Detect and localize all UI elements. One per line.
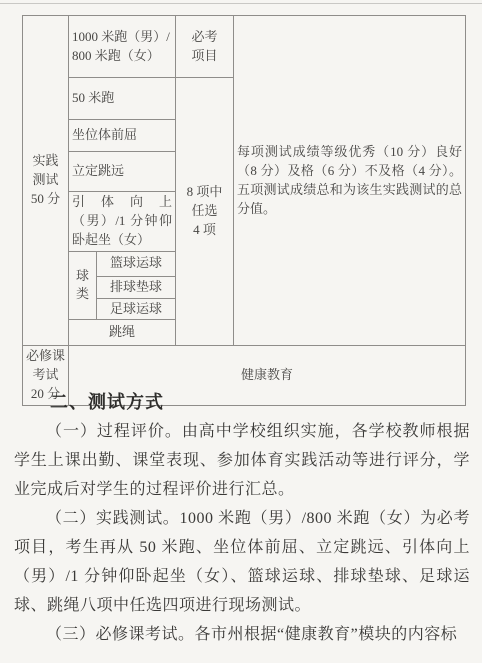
paragraph-practice-test: （二）实践测试。1000 米跑（男）/800 米跑（女）为必考项目，考生再从 5…: [14, 504, 470, 620]
section-heading: 二、测试方式: [14, 388, 470, 417]
paragraph-process-evaluation: （一）过程评价。由高中学校组织实施，各学校教师根据学生上课出勤、课堂表现、参加体…: [14, 417, 470, 504]
cell-scoring-note: 每项测试成绩等级优秀（10 分）良好（8 分）及格（6 分）不及格（4 分）。五…: [234, 16, 466, 346]
cell-item-football-dribble: 足球运球: [97, 298, 176, 320]
cell-item-pullup-situp: 引体向上（男）/1 分钟仰卧起坐（女）: [69, 192, 176, 252]
cell-choose-4-of-8-note: 8 项中 任选 4 项: [176, 78, 234, 346]
cell-item-50m-run: 50 米跑: [69, 78, 176, 120]
cell-required-item-label: 必考 项目: [176, 16, 234, 78]
cell-item-rope-skipping: 跳绳: [69, 320, 176, 346]
cell-item-run-1000-800: 1000 米跑（男）/ 800 米跑（女）: [69, 16, 176, 78]
practice-test-row-header: 实践 测试 50 分: [23, 16, 69, 346]
document-page: 实践 测试 50 分 1000 米跑（男）/ 800 米跑（女） 必考 项目 每…: [0, 0, 482, 663]
page-top-rule: [0, 3, 482, 4]
cell-item-basketball-dribble: 篮球运球: [97, 251, 176, 276]
cell-item-sit-and-reach: 坐位体前屈: [69, 120, 176, 152]
paragraph-required-course-exam: （三）必修课考试。各市州根据“健康教育”模块的内容标: [14, 620, 470, 649]
cell-item-volleyball-pass: 排球垫球: [97, 276, 176, 298]
cell-item-standing-long-jump: 立定跳远: [69, 152, 176, 192]
body-text-block: 二、测试方式 （一）过程评价。由高中学校组织实施，各学校教师根据学生上课出勤、课…: [14, 388, 470, 649]
pe-test-score-table: 实践 测试 50 分 1000 米跑（男）/ 800 米跑（女） 必考 项目 每…: [22, 15, 466, 406]
cell-ball-group-label: 球 类: [69, 251, 97, 320]
table-row: 实践 测试 50 分 1000 米跑（男）/ 800 米跑（女） 必考 项目 每…: [23, 16, 466, 78]
